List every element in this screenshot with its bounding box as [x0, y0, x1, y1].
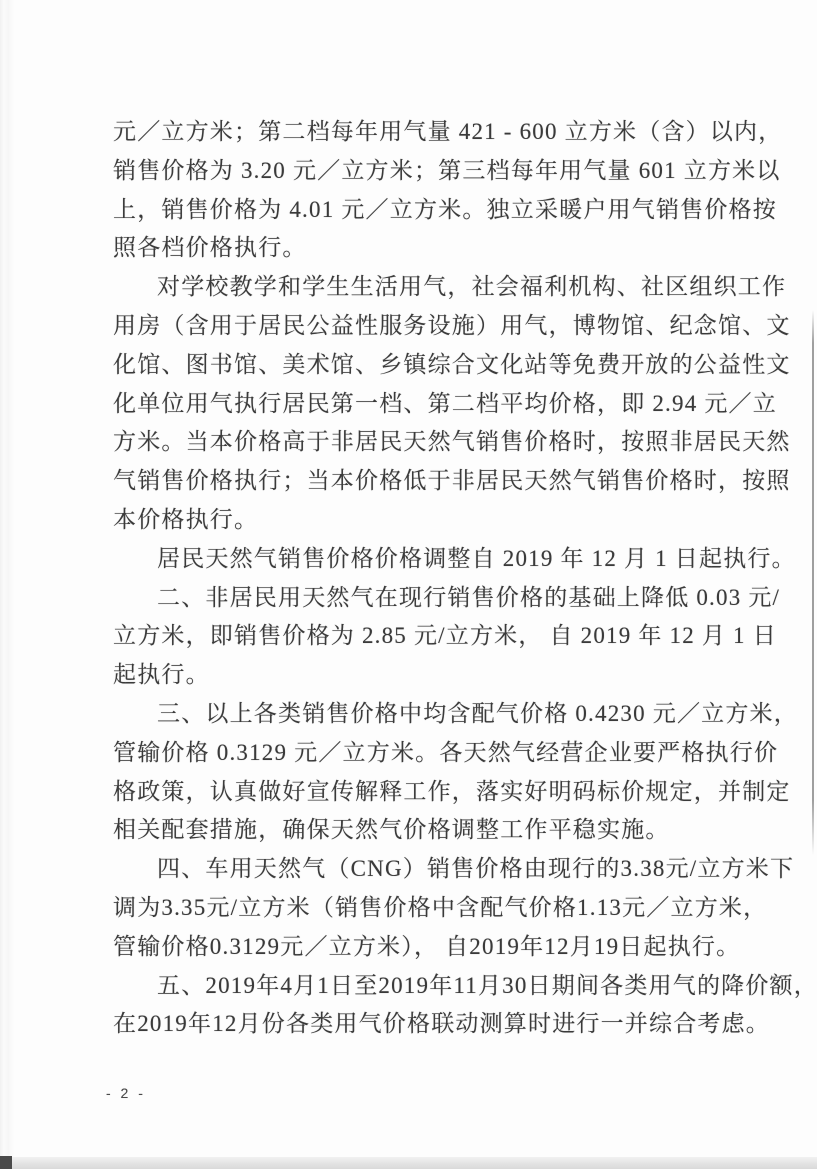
text-line: 管输价格 0.3129 元／立方米。各天然气经营企业要严格执行价 [113, 734, 797, 773]
text-line: 化单位用气执行居民第一档、第二档平均价格，即 2.94 元／立 [113, 385, 797, 424]
text-line: 对学校教学和学生生活用气，社会福利机构、社区组织工作 [113, 268, 797, 307]
text-line: 在2019年12月份各类用气价格联动测算时进行一并综合考虑。 [113, 1005, 797, 1044]
text-line: 本价格执行。 [113, 501, 797, 540]
document-body: 元／立方米；第二档每年用气量 421 - 600 立方米（含）以内， 销售价格为… [113, 113, 797, 1044]
text-line: 照各档价格执行。 [113, 229, 797, 268]
text-line: 元／立方米；第二档每年用气量 421 - 600 立方米（含）以内， [113, 113, 797, 152]
text-line: 起执行。 [113, 656, 797, 695]
text-line: 管输价格0.3129元／立方米）， 自2019年12月19日起执行。 [113, 928, 797, 967]
text-line: 用房（含用于居民公益性服务设施）用气，博物馆、纪念馆、文 [113, 307, 797, 346]
text-line: 相关配套措施，确保天然气价格调整工作平稳实施。 [113, 811, 797, 850]
right-scan-edge-line [812, 310, 814, 855]
bottom-scan-band [0, 1157, 817, 1169]
scanned-document-page: 元／立方米；第二档每年用气量 421 - 600 立方米（含）以内， 销售价格为… [0, 0, 817, 1169]
text-line: 销售价格为 3.20 元／立方米；第三档每年用气量 601 立方米以 [113, 152, 797, 191]
text-line: 居民天然气销售价格价格调整自 2019 年 12 月 1 日起执行。 [113, 540, 797, 579]
text-line: 调为3.35元/立方米（销售价格中含配气价格1.13元／立方米， [113, 889, 797, 928]
text-line: 五、2019年4月1日至2019年11月30日期间各类用气的降价额， [113, 967, 797, 1006]
text-line: 格政策，认真做好宣传解释工作，落实好明码标价规定，并制定 [113, 773, 797, 812]
text-line: 化馆、图书馆、美术馆、乡镇综合文化站等免费开放的公益性文 [113, 346, 797, 385]
page-number: - 2 - [106, 1085, 146, 1101]
text-line: 气销售价格执行；当本价格低于非居民天然气销售价格时，按照 [113, 462, 797, 501]
bottom-left-corner-notch [0, 1156, 12, 1169]
text-line: 四、车用天然气（CNG）销售价格由现行的3.38元/立方米下 [113, 850, 797, 889]
text-line: 立方米，即销售价格为 2.85 元/立方米， 自 2019 年 12 月 1 日 [113, 617, 797, 656]
text-line: 方米。当本价格高于非居民天然气销售价格时，按照非居民天然 [113, 423, 797, 462]
left-scan-streak [0, 0, 14, 1169]
text-line: 三、以上各类销售价格中均含配气价格 0.4230 元／立方米， [113, 695, 797, 734]
text-line: 二、非居民用天然气在现行销售价格的基础上降低 0.03 元/ [113, 579, 797, 618]
text-line: 上，销售价格为 4.01 元／立方米。独立采暖户用气销售价格按 [113, 191, 797, 230]
